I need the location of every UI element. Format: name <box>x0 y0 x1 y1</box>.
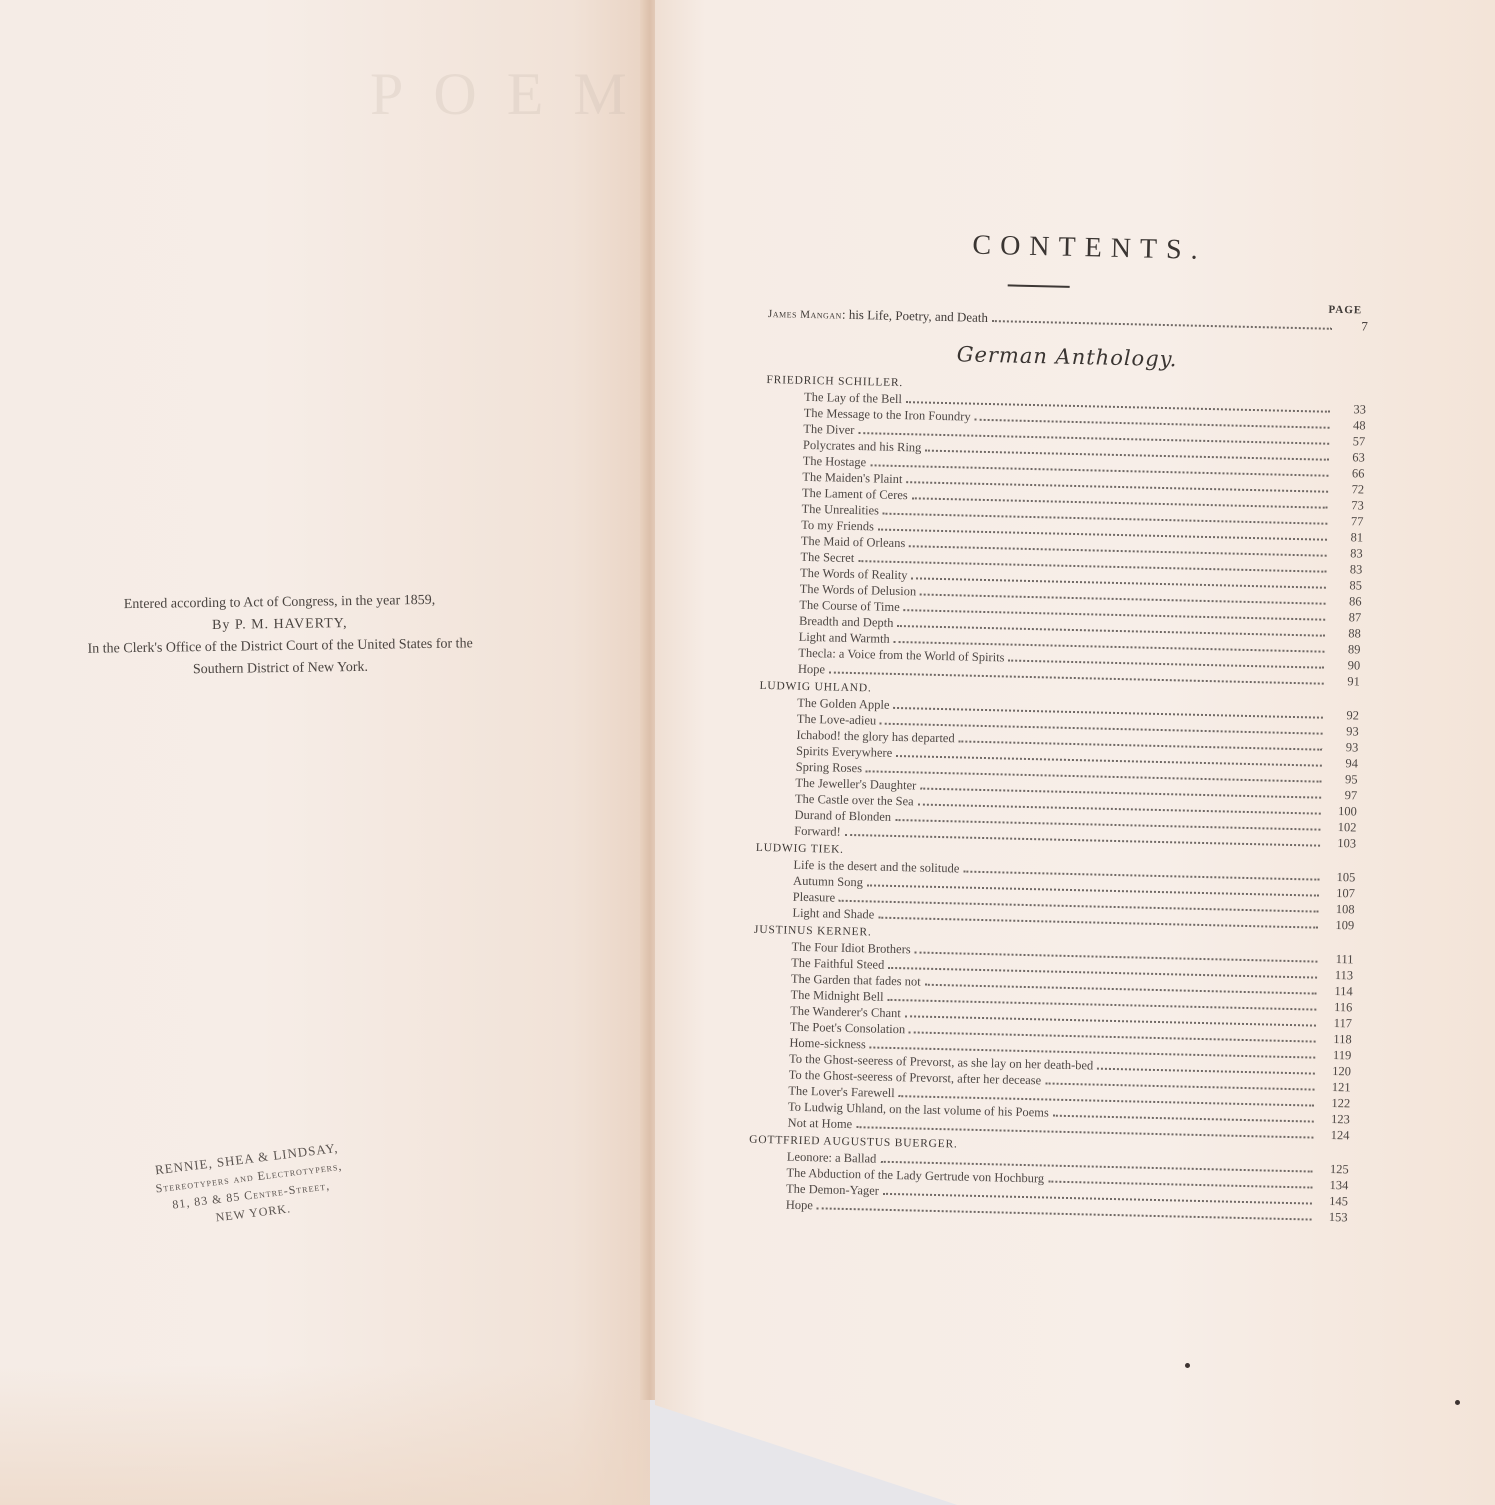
poem-title: The Secret <box>800 549 854 566</box>
author-block: LUDWIG UHLAND. The Golden Apple92The Lov… <box>756 680 1359 852</box>
page-number: 121 <box>1320 1079 1350 1096</box>
page-number: 120 <box>1321 1063 1351 1080</box>
title-rule <box>1008 284 1070 287</box>
page-number: 57 <box>1335 433 1365 450</box>
page-number: 88 <box>1331 625 1361 642</box>
dot-leader <box>878 917 1318 929</box>
page-number: 95 <box>1327 771 1357 788</box>
poem-title: Pleasure <box>793 889 836 906</box>
page-number: 107 <box>1325 885 1355 902</box>
page-number: 33 <box>1336 401 1366 418</box>
lead-title: : his Life, Poetry, and Death <box>842 307 988 325</box>
page-number: 63 <box>1335 449 1365 466</box>
poem-title: Home-sickness <box>789 1035 866 1053</box>
page-number: 73 <box>1334 497 1364 514</box>
page-number: 123 <box>1320 1111 1350 1128</box>
paper-speck <box>1455 1400 1460 1405</box>
page-number: 102 <box>1326 819 1356 836</box>
poem-list: Leonore: a Ballad125The Abduction of the… <box>748 1148 1349 1226</box>
table-of-contents: CONTENTS. PAGE James Mangan: his Life, P… <box>748 225 1370 1225</box>
page-number: 109 <box>1324 917 1354 934</box>
left-page: POEMS Entered according to Act of Congre… <box>0 0 650 1505</box>
page-number: 111 <box>1323 951 1353 968</box>
page-number: 145 <box>1318 1193 1348 1210</box>
book-spread: POEMS Entered according to Act of Congre… <box>0 0 1495 1505</box>
poem-title: The Unrealities <box>801 501 879 519</box>
dot-leader <box>856 1126 1313 1138</box>
poem-title: Autumn Song <box>793 873 863 891</box>
poem-title: The Diver <box>803 421 854 438</box>
page-number: 100 <box>1327 803 1357 820</box>
page-number: 93 <box>1328 739 1358 756</box>
page-number: 134 <box>1318 1177 1348 1194</box>
poem-title: The Hostage <box>802 453 866 470</box>
page-number: 97 <box>1327 787 1357 804</box>
lead-author: James Mangan <box>768 308 842 322</box>
poem-list: The Four Idiot Brothers111The Faithful S… <box>749 938 1353 1144</box>
poem-list: The Golden Apple92The Love-adieu93Ichabo… <box>756 694 1359 852</box>
page-number: 86 <box>1331 593 1361 610</box>
page-number: 118 <box>1321 1031 1351 1048</box>
author-list: FRIEDRICH SCHILLER. The Lay of the Bell3… <box>748 374 1367 1225</box>
section-title-german-anthology: German Anthology. <box>767 338 1367 376</box>
page-number: 114 <box>1323 983 1353 1000</box>
page-number: 117 <box>1322 1015 1352 1032</box>
page-number: 83 <box>1332 561 1362 578</box>
dot-leader <box>992 320 1332 330</box>
page-number: 77 <box>1333 513 1363 530</box>
page-number: 119 <box>1321 1047 1351 1064</box>
paper-speck <box>1185 1363 1190 1368</box>
poem-title: Hope <box>786 1197 813 1214</box>
page-number: 122 <box>1320 1095 1350 1112</box>
poem-title: Spring Roses <box>796 759 863 777</box>
page-number: 87 <box>1331 609 1361 626</box>
page-number: 92 <box>1329 707 1359 724</box>
poem-title: Hope <box>798 661 825 678</box>
page-number: 124 <box>1319 1127 1349 1144</box>
poem-title: The Love-adieu <box>797 711 877 729</box>
page-number: 113 <box>1323 967 1353 984</box>
copyright-imprint: Entered according to Act of Congress, in… <box>9 588 550 684</box>
page-number: 116 <box>1322 999 1352 1016</box>
poem-list: Life is the desert and the solitude105Au… <box>754 856 1355 934</box>
poem-title: Forward! <box>794 823 841 840</box>
page-number: 89 <box>1330 641 1360 658</box>
page-number: 105 <box>1325 869 1355 886</box>
poem-title: Not at Home <box>787 1115 852 1132</box>
page-number: 72 <box>1334 481 1364 498</box>
page-number: 93 <box>1328 723 1358 740</box>
page-number: 90 <box>1330 657 1360 674</box>
page-number: 7 <box>1338 318 1368 335</box>
page-number: 103 <box>1326 835 1356 852</box>
author-block: JUSTINUS KERNER. The Four Idiot Brothers… <box>749 924 1354 1144</box>
page-number: 94 <box>1328 755 1358 772</box>
page-number: 83 <box>1333 545 1363 562</box>
page-number: 48 <box>1335 417 1365 434</box>
page-number: 85 <box>1332 577 1362 594</box>
author-block: FRIEDRICH SCHILLER. The Lay of the Bell3… <box>760 374 1367 690</box>
page-number: 81 <box>1333 529 1363 546</box>
printer-imprint: RENNIE, SHEA & LINDSAY, Stereotypers and… <box>97 1132 404 1240</box>
author-block: GOTTFRIED AUGUSTUS BUERGER. Leonore: a B… <box>748 1134 1350 1226</box>
page-number: 125 <box>1319 1161 1349 1178</box>
poem-title: Light and Shade <box>792 905 874 923</box>
page-number: 108 <box>1324 901 1354 918</box>
page-number: 153 <box>1317 1209 1347 1226</box>
author-block: LUDWIG TIEK. Life is the desert and the … <box>754 842 1356 934</box>
page-number: 66 <box>1334 465 1364 482</box>
poem-list: The Lay of the Bell33The Message to the … <box>760 388 1366 690</box>
page-number: 91 <box>1330 673 1360 690</box>
poem-title: To my Friends <box>801 517 874 535</box>
